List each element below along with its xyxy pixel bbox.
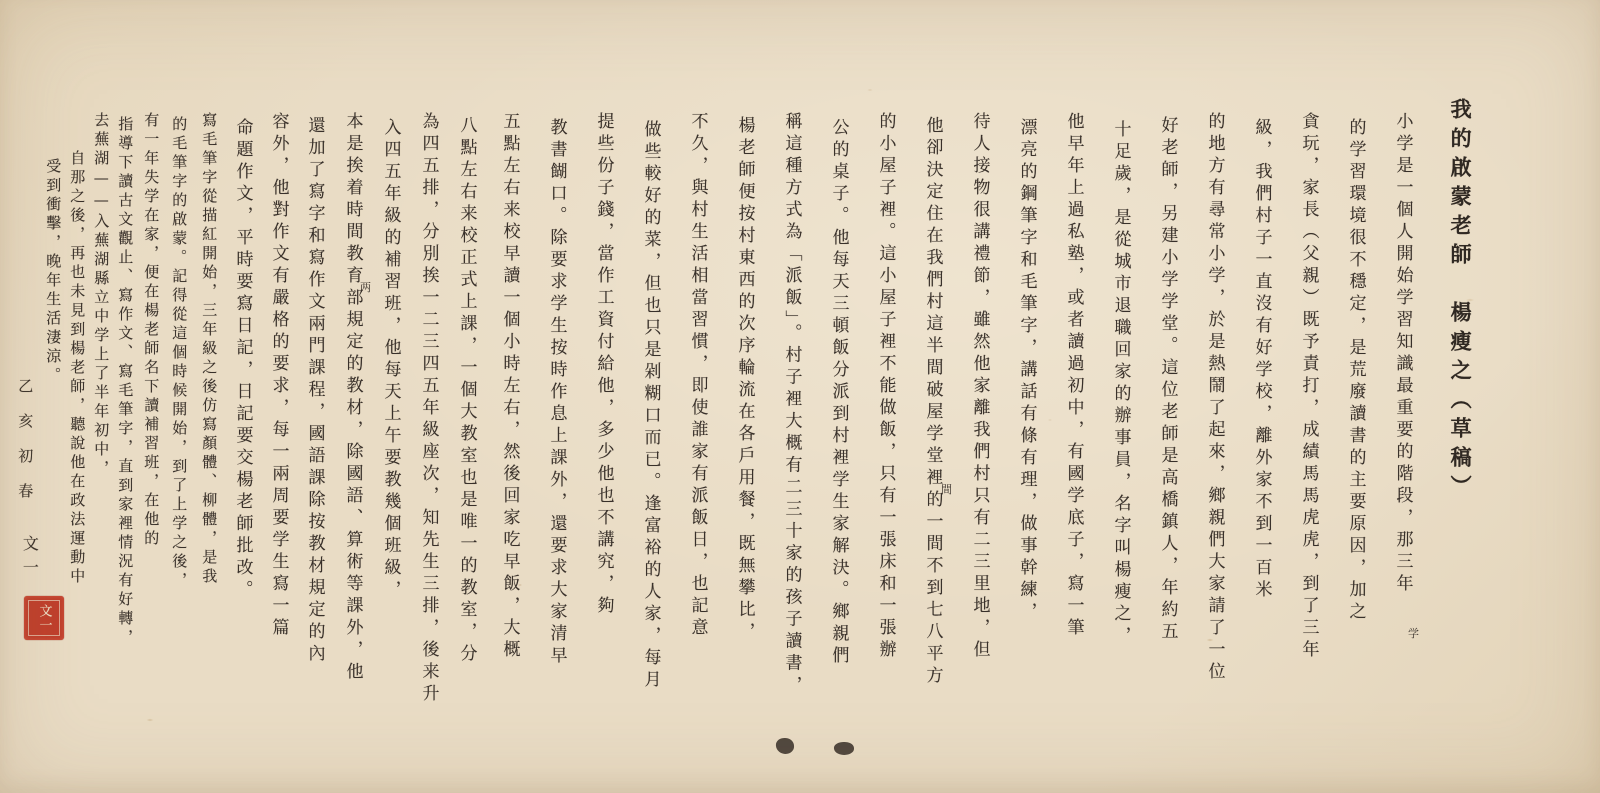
- text-column: 他早年上過私塾，或者讀過初中，有國学底子，寫一筆: [1063, 112, 1083, 640]
- page-title: 我的啟蒙老師 楊瘦之（草稿）: [1448, 98, 1472, 504]
- inserted-correction-char: 两: [360, 282, 371, 293]
- text-column: 稱這種方式為「派飯」。村子裡大概有二三十家的孩子讀書，: [781, 112, 801, 698]
- text-column: 命題作文，平時要寫日記，日記要交楊老師批改。: [232, 118, 252, 602]
- text-column: 十足歲，是從城市退職回家的辦事員，名字叫楊瘦之，: [1110, 120, 1130, 648]
- red-seal: 文一: [24, 596, 64, 640]
- text-column: 的地方有尋常小学，於是熱鬧了起來，鄉親們大家請了一位: [1204, 112, 1224, 684]
- text-column: 公的桌子。他每天三頓飯分派到村裡学生家解決。鄉親們: [828, 118, 848, 668]
- seal-text: 文一: [38, 604, 51, 632]
- text-column: 受到衝擊，晚年生活淒涼。: [44, 158, 61, 386]
- text-column: 自那之後，再也未見到楊老師，聽說他在政法運動中: [68, 150, 85, 587]
- text-column: 五點左右来校早讀一個小時左右，然後回家吃早飯，大概: [499, 112, 519, 662]
- ink-blot: [834, 741, 855, 755]
- text-column: 楊老師便按村東西的次序輪流在各戶用餐，既無攀比，: [734, 116, 754, 644]
- text-column: 不久，與村生活相當習慣，即使誰家有派飯日，也記意: [687, 112, 707, 640]
- text-column: 去蕪湖——入蕪湖縣立中学上了半年初中，: [92, 112, 109, 479]
- text-column: 寫毛筆字從描紅開始，三年級之後仿寫顏體、柳體，是我: [200, 112, 217, 587]
- text-column: 教書餬口。除要求学生按時作息上課外，還要求大家清早: [546, 118, 566, 668]
- text-column: 入四五年級的補習班，他每天上午要教幾個班級，: [380, 118, 400, 602]
- text-column: 有一年失学在家，便在楊老師名下讀補習班，在他的: [142, 112, 159, 549]
- text-column: 級，我們村子一直沒有好学校，離外家不到一百米: [1251, 118, 1271, 602]
- text-column: 他卻決定住在我們村這半間破屋学堂裡的一間不到七八平方: [922, 116, 942, 688]
- text-column: 做些較好的菜，但也只是剁糊口而已。逢富裕的人家，每月: [640, 120, 660, 692]
- seal-border: 文一: [28, 600, 60, 636]
- text-column: 八點左右来校正式上課，一個大教室也是唯一的教室，分: [456, 116, 476, 666]
- text-column: 漂亮的鋼筆字和毛筆字，講話有條有理，做事幹練，: [1016, 118, 1036, 624]
- text-column: 還加了寫字和寫作文兩門課程，國語課除按教材規定的內: [304, 116, 324, 666]
- manuscript-paper: 我的啟蒙老師 楊瘦之（草稿） 小学是一個人開始学習知識最重要的階段，那三年的学習…: [0, 0, 1600, 793]
- author-signature: 文一: [20, 535, 38, 583]
- signature-date-column: 乙亥初春: [16, 378, 33, 518]
- text-column: 指導下讀古文觀止、寫作文、寫毛筆字，直到家裡情況有好轉，: [116, 116, 133, 648]
- inserted-correction-char: 間: [941, 484, 952, 495]
- text-column: 的小屋子裡。這小屋子裡不能做飯，只有一張床和一張辦: [875, 112, 895, 662]
- text-column: 好老師，另建小学学堂。這位老師是高橋鎮人，年約五: [1157, 116, 1177, 644]
- text-column: 貪玩，家長（父親）既予責打，成績馬馬虎虎，到了三年: [1298, 112, 1318, 662]
- text-column: 為四五排，分別挨一二三四五年級座次，知先生三排，後来升: [418, 112, 438, 706]
- text-column: 提些份子錢，當作工資付給他，多少他也不講究，夠: [593, 112, 613, 618]
- text-column: 的毛筆字的啟蒙。記得從這個時候開始，到了上学之後，: [170, 116, 187, 591]
- text-column: 本是挨着時間教育部規定的教材，除國語、算術等課外，他: [342, 112, 362, 684]
- text-column: 的学習環境很不穩定，是荒廢讀書的主要原因，加之: [1345, 118, 1365, 624]
- text-column: 小学是一個人開始学習知識最重要的階段，那三年: [1392, 112, 1412, 596]
- text-column: 容外，他對作文有嚴格的要求，每一兩周要学生寫一篇: [268, 112, 288, 640]
- ink-blot: [775, 737, 794, 754]
- inserted-correction-char: 学: [1408, 628, 1419, 639]
- text-column: 待人接物很講禮節，雖然他家離我們村只有二三里地，但: [969, 112, 989, 662]
